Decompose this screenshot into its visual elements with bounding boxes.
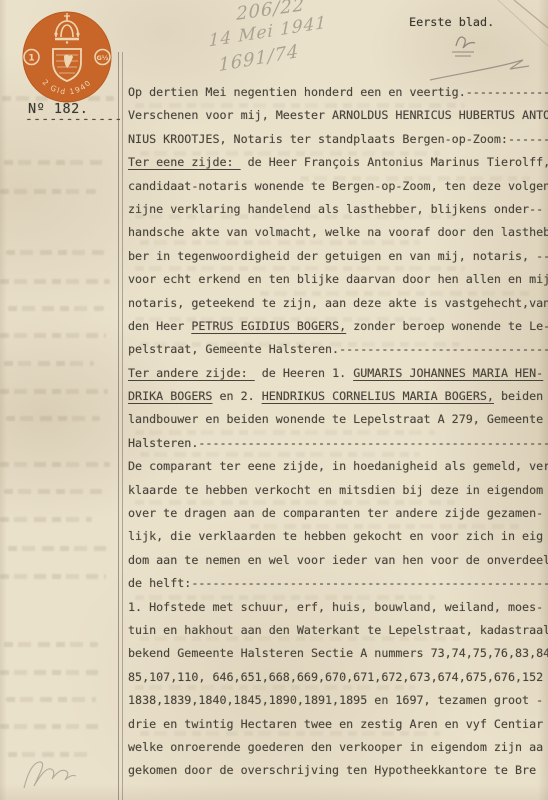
scanned-document-page: 1 G½ 2 Gld 1940 Nº 182. ------------ 206… bbox=[0, 0, 548, 800]
typed-line: Halsteren.------------------------------… bbox=[128, 432, 548, 455]
typed-line: welke onroerende goederen den verkooper … bbox=[128, 736, 548, 759]
bleed-line bbox=[0, 462, 110, 467]
bleed-line bbox=[8, 752, 92, 757]
bleed-line bbox=[0, 724, 100, 729]
bleed-line bbox=[6, 697, 96, 702]
typed-line: de helft:-------------------------------… bbox=[128, 572, 548, 595]
typed-line: handsche akte van volmacht, welke na voo… bbox=[128, 221, 548, 244]
bleed-line bbox=[0, 333, 106, 338]
typed-line: zijne verklaring handelend als lasthebbe… bbox=[128, 198, 548, 221]
typed-line: pelstraat, Gemeente Halsteren.----------… bbox=[128, 338, 548, 361]
typed-line: ber in tegenwoordigheid der getuigen en … bbox=[128, 245, 548, 268]
bleed-line bbox=[0, 279, 110, 284]
bleed-line bbox=[4, 361, 94, 366]
typed-line: Verschenen voor mij, Meester ARNOLDUS HE… bbox=[128, 104, 548, 127]
typed-line: dom aan te nemen en wel voor ieder van h… bbox=[128, 549, 548, 572]
typed-line: klaarde te hebben verkocht en mitsdien b… bbox=[128, 479, 548, 502]
typed-line: lijk, die verklaarden te hebben gekocht … bbox=[128, 525, 548, 548]
typed-line: 85,107,110, 646,651,668,669,670,671,672,… bbox=[128, 666, 548, 689]
paper-crease bbox=[498, 0, 548, 46]
bleed-line bbox=[0, 517, 92, 522]
typed-line: 1. Hofstede met schuur, erf, huis, bouwl… bbox=[128, 596, 548, 619]
typed-line: tuin en hakhout aan den Waterkant te Lep… bbox=[128, 619, 548, 642]
typed-line: Ter andere zijde: de Heeren 1. GUMARIS J… bbox=[128, 362, 548, 385]
typed-line: landbouwer en beiden wonende te Lepelstr… bbox=[128, 408, 548, 431]
margin-rule-line bbox=[118, 52, 119, 800]
pencil-flourish bbox=[430, 60, 529, 80]
revenue-stamp-icon: 1 G½ 2 Gld 1940 bbox=[22, 11, 112, 103]
bleed-line bbox=[8, 306, 104, 311]
stamp-right-value: G½ bbox=[96, 54, 108, 62]
page-label: Eerste blad. bbox=[409, 15, 494, 29]
typed-line: den Heer PETRUS EGIDIUS BOGERS, zonder b… bbox=[128, 315, 548, 338]
stamp-left-value: 1 bbox=[28, 54, 34, 64]
bleed-line bbox=[4, 160, 108, 165]
typed-line: 1838,1839,1840,1845,1890,1891,1895 en 16… bbox=[128, 689, 548, 712]
typed-line: De comparant ter eene zijde, in hoedanig… bbox=[128, 455, 548, 478]
typed-line: notaris, geteekend te zijn, aan deze akt… bbox=[128, 292, 548, 315]
paper-crease bbox=[514, 0, 548, 28]
bleed-line bbox=[4, 642, 98, 647]
signature-scribble bbox=[24, 762, 76, 788]
bleed-line bbox=[4, 489, 104, 494]
bleed-line bbox=[6, 416, 100, 421]
bleed-line bbox=[0, 389, 108, 394]
typed-line: voor echt erkend en ten blijke daarvan d… bbox=[128, 268, 548, 291]
typed-line: candidaat-notaris wonende te Bergen-op-Z… bbox=[128, 175, 548, 198]
bleed-line bbox=[8, 546, 108, 551]
typed-line: drie en twintig Hectaren twee en zestig … bbox=[128, 713, 548, 736]
typed-line: over te dragen aan de comparanten ter an… bbox=[128, 502, 548, 525]
margin-rule-line bbox=[122, 52, 123, 800]
typed-lines: Op dertien Mei negentien honderd een en … bbox=[128, 81, 548, 783]
bleed-line bbox=[0, 189, 96, 194]
pencil-check-mark bbox=[452, 37, 475, 56]
typed-line: bekend Gemeente Halsteren Sectie A numme… bbox=[128, 642, 548, 665]
bleed-line bbox=[0, 574, 106, 579]
typed-line: Op dertien Mei negentien honderd een en … bbox=[128, 81, 548, 104]
typed-line: DRIKA BOGERS en 2. HENDRIKUS CORNELIUS M… bbox=[128, 385, 548, 408]
bleed-line bbox=[6, 250, 110, 255]
typed-line: NIUS KROOTJES, Notaris ter standplaats B… bbox=[128, 128, 548, 151]
document-number-underline: ------------ bbox=[25, 112, 123, 127]
typed-line: gekomen door de overschrijving ten Hypot… bbox=[128, 759, 548, 782]
bleed-line bbox=[0, 670, 104, 675]
typed-line: Ter eene zijde: de Heer François Antoniu… bbox=[128, 151, 548, 174]
